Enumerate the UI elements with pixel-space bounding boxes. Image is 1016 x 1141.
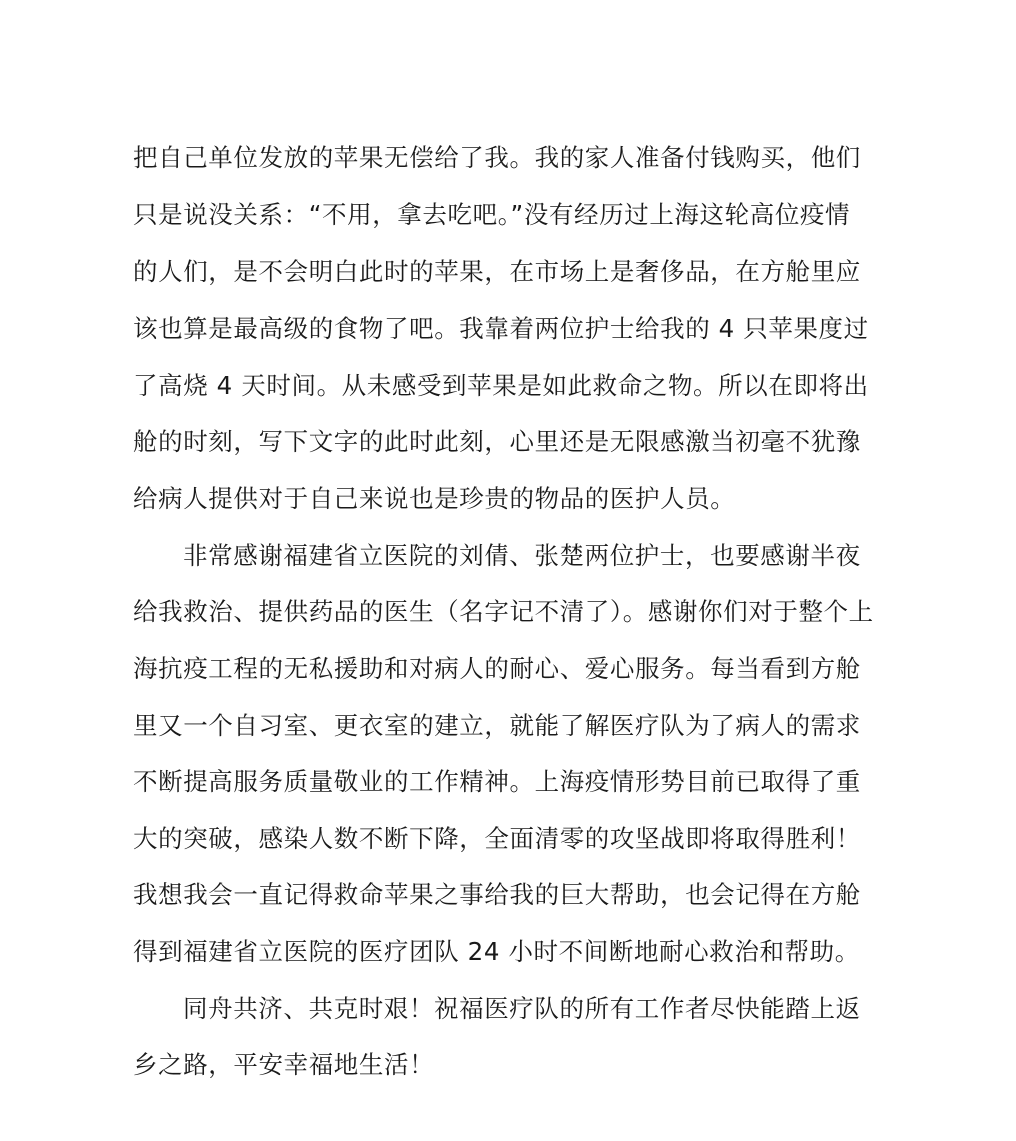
paragraph-start-line: 非常感谢福建省立医院的刘倩、张楚两位护士，也要感谢半夜 bbox=[183, 541, 861, 571]
text-line: 乡之路，平安幸福地生活！ bbox=[133, 1050, 434, 1080]
text-line: 我想我会一直记得救命苹果之事给我的巨大帮助，也会记得在方舱 bbox=[133, 880, 861, 910]
text-line: 大的突破，感染人数不断下降，全面清零的攻坚战即将取得胜利！ bbox=[133, 824, 861, 854]
text-line: 给病人提供对于自己来说也是珍贵的物品的医护人员。 bbox=[133, 484, 735, 514]
text-line: 该也算是最高级的食物了吧。我靠着两位护士给我的 4 只苹果度过 bbox=[133, 314, 869, 344]
text-line: 得到福建省立医院的医疗团队 24 小时不间断地耐心救治和帮助。 bbox=[133, 937, 860, 967]
text-line: 海抗疫工程的无私援助和对病人的耐心、爱心服务。每当看到方舱 bbox=[133, 654, 861, 684]
text-line: 了高烧 4 天时间。从未感受到苹果是如此救命之物。所以在即将出 bbox=[133, 371, 869, 401]
document-page: 把自己单位发放的苹果无偿给了我。我的家人准备付钱购买，他们 只是说没关系：“不用… bbox=[0, 0, 1016, 1141]
text-line: 的人们，是不会明白此时的苹果，在市场上是奢侈品，在方舱里应 bbox=[133, 257, 861, 287]
text-line: 只是说没关系：“不用，拿去吃吧。”没有经历过上海这轮高位疫情 bbox=[133, 200, 850, 230]
text-line: 里又一个自习室、更衣室的建立，就能了解医疗队为了病人的需求 bbox=[133, 711, 861, 741]
paragraph-start-line: 同舟共济、共克时艰！祝福医疗队的所有工作者尽快能踏上返 bbox=[183, 994, 861, 1024]
text-line: 把自己单位发放的苹果无偿给了我。我的家人准备付钱购买，他们 bbox=[133, 143, 861, 173]
text-line: 给我救治、提供药品的医生（名字记不清了）。感谢你们对于整个上 bbox=[133, 597, 874, 627]
text-line: 不断提高服务质量敬业的工作精神。上海疫情形势目前已取得了重 bbox=[133, 767, 861, 797]
text-line: 舱的时刻，写下文字的此时此刻，心里还是无限感激当初毫不犹豫 bbox=[133, 427, 861, 457]
